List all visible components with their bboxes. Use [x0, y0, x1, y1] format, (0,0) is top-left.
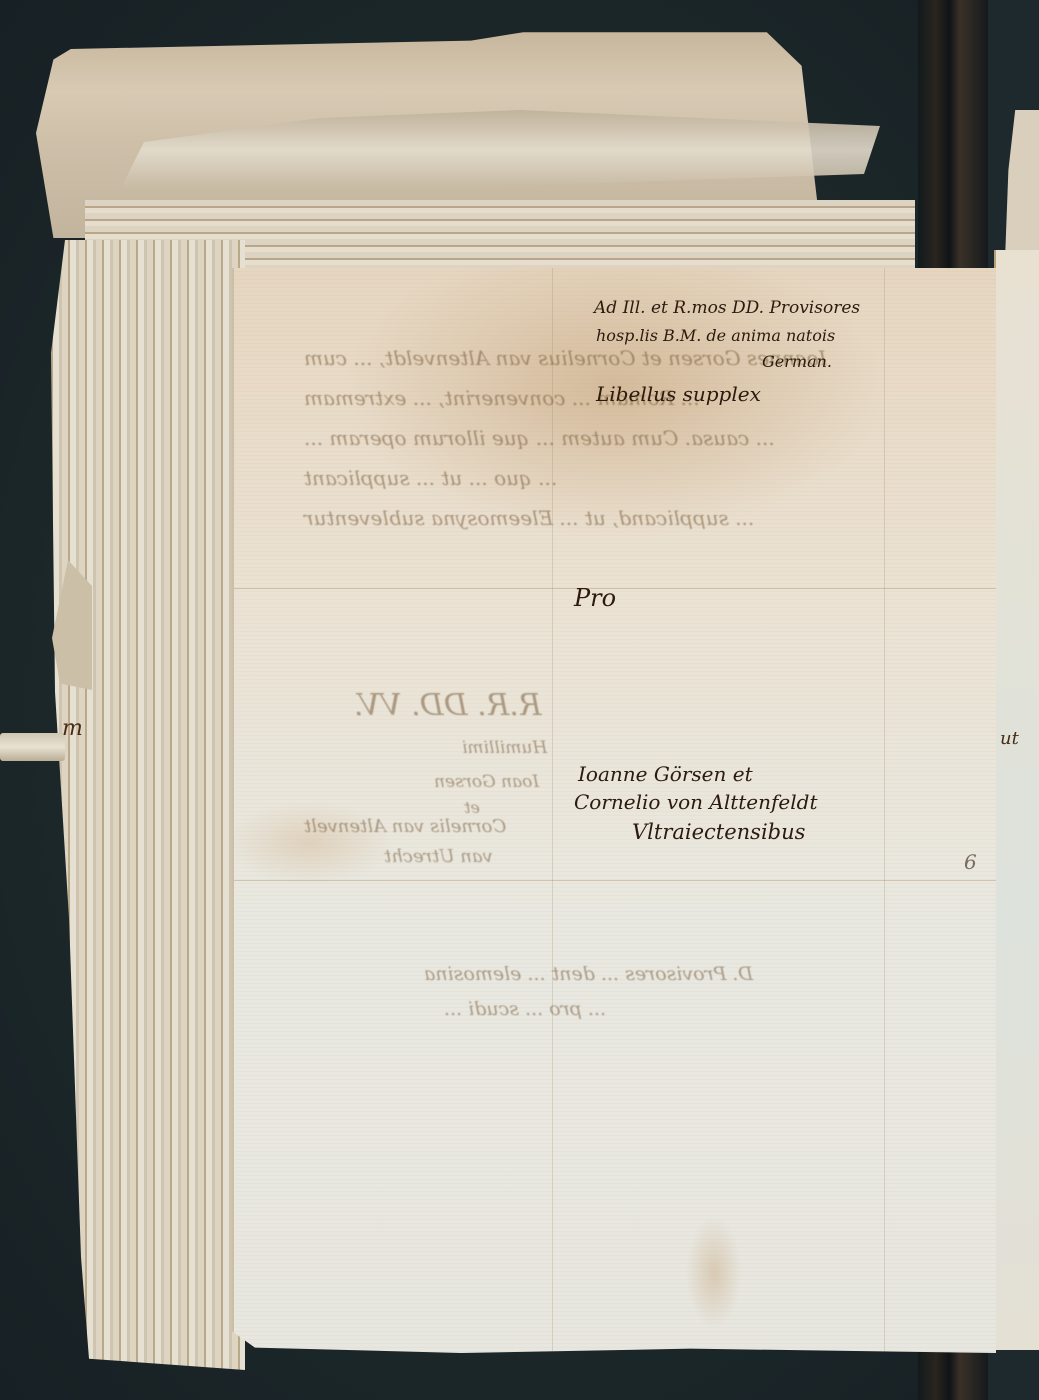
manuscript-page: Ioannes Gorsen et Cornelius van Altenvel…: [232, 268, 996, 1353]
petitioner-line-3: Vltraiectensibus: [632, 820, 805, 844]
ghost-line: ... pro ... scudi ...: [444, 998, 606, 1020]
preposition-pro: Pro: [574, 584, 616, 612]
ghost-line: et: [464, 798, 480, 817]
ghost-line: Humillimi: [462, 738, 547, 758]
ghost-salutation: R.R. DD. VV.: [354, 688, 542, 723]
address-line-1: Ad Ill. et R.mos DD. Provisores: [594, 298, 860, 318]
left-flap-mark: m: [62, 716, 83, 741]
document-title: Libellus supplex: [596, 382, 761, 406]
address-line-2: hosp.lis B.M. de anima natois: [596, 326, 835, 345]
ghost-line: ... causa. Cum autem ... que illorum ope…: [304, 426, 775, 450]
binding-string: [0, 733, 65, 761]
right-page-mark: ut: [1000, 728, 1019, 749]
fold-line-vertical: [884, 268, 885, 1353]
ghost-line: van Utrecht: [384, 846, 493, 867]
fold-line-horizontal: [234, 880, 996, 881]
opposite-page-sliver: [994, 250, 1039, 1350]
petitioner-line-2: Cornelio von Alttenfeldt: [574, 790, 818, 814]
ghost-line: Cornelis van Altenvelt: [304, 816, 506, 837]
ghost-line: D. Provisores ... dent ... elemosina: [424, 963, 753, 985]
page-number-mark: 6: [964, 850, 977, 874]
ghost-line: ... supplicand, ut ... Eleemosyna sublev…: [304, 506, 754, 530]
ghost-line: ... quo ... ut ... supplicant: [304, 466, 557, 490]
ghost-line: Ioan Gorsen: [434, 772, 539, 792]
ghost-line: Ioannes Gorsen et Cornelius van Altenvel…: [304, 346, 827, 370]
address-line-3: German.: [762, 352, 832, 371]
petitioner-line-1: Ioanne Görsen et: [578, 762, 753, 786]
